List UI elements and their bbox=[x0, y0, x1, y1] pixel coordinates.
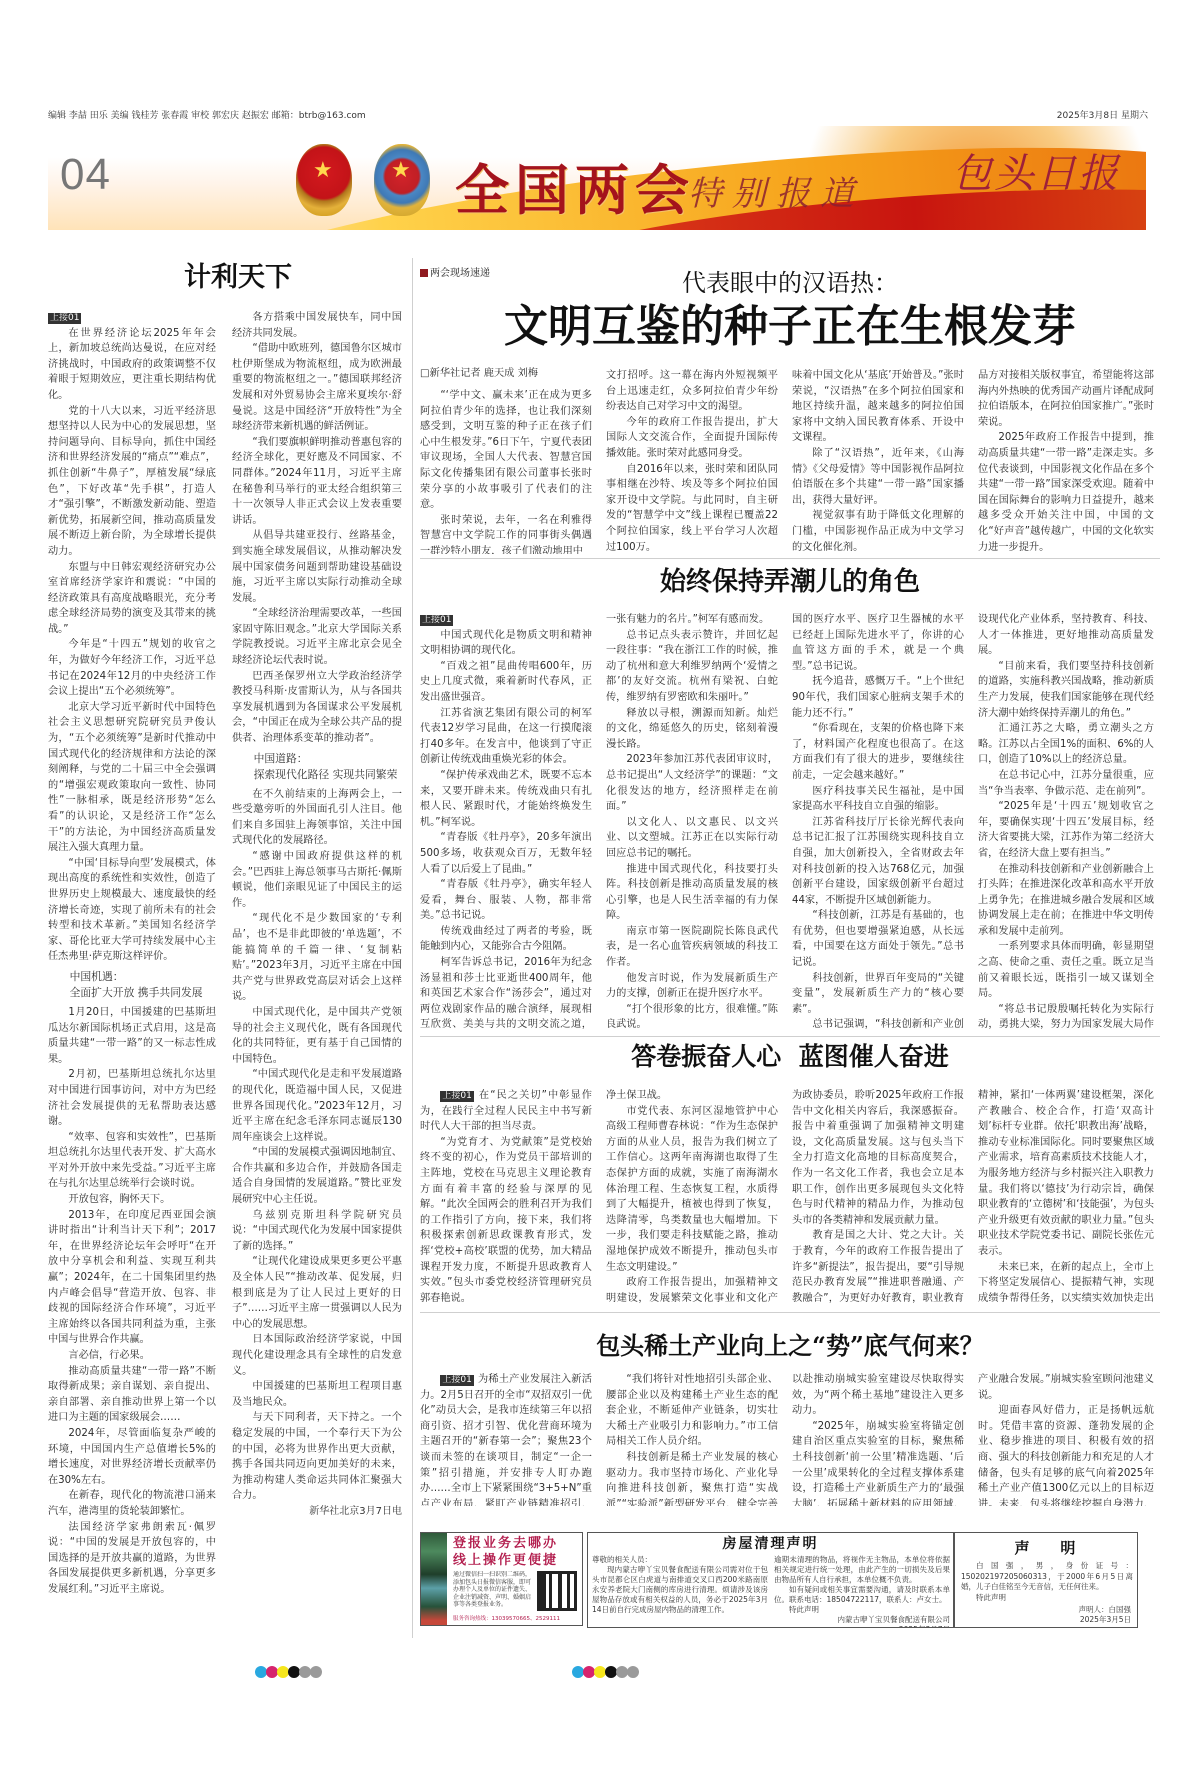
paper-name-logo: 包头日报 bbox=[952, 142, 1120, 199]
paragraph: 国的医疗水平、医疗卫生器械的水平已经赶上国际先进水平了，你讲的心血管这方面的手术… bbox=[792, 612, 964, 674]
paragraph: 与天下同利者，天下持之。一个稳定发展的中国，一个奉行天下为公的中国，必将为世界作… bbox=[232, 1410, 402, 1504]
paragraph: 现内蒙古咿丫宝贝餐食配送有限公司需对位于包头市昆都仑区白虎道与南排道交叉口西20… bbox=[592, 1565, 768, 1615]
paragraph: “你看现在，支架的价格也降下来了，材料国产化程度也很高了。在这方面我们有了很大的… bbox=[792, 721, 964, 783]
paragraph: “借助中欧班列，德国鲁尔区城市杜伊斯堡成为物流枢纽，成为欧洲最重要的物流枢纽之一… bbox=[232, 341, 402, 435]
paragraph: 北京大学习近平新时代中国特色社会主义思想研究院研究员尹俊认为，“五个必须统筹”是… bbox=[48, 700, 216, 856]
article-column: 国的医疗水平、医疗卫生器械的水平已经赶上国际先进水平了，你讲的心血管这方面的手术… bbox=[792, 612, 964, 1030]
article-column: 上接01 在世界经济论坛2025年年会上，新加坡总统尚达曼说，在应对经济挑战时，… bbox=[48, 310, 216, 1640]
paragraph: 逾期未清理的物品，将视作无主物品，本单位将依据相关规定进行统一处理，由此产生的一… bbox=[774, 1555, 950, 1585]
notice-body: 白国强，男，身份证号：150202197205060313，于2000年6月5日… bbox=[961, 1561, 1133, 1603]
paragraph: 总书记强调，“科技创新和产业创新，是发展新质生产力的基本路径。要加大创新投入，高… bbox=[792, 1017, 964, 1030]
paragraph: 精神，紧扣‘一体两翼’建设框架，深化产教融合、校企合作，打造‘双高计划’标杆专业… bbox=[978, 1088, 1154, 1260]
paragraph: “现代化不是少数国家的‘专利品’，也不是非此即彼的‘单选题’，不能搞简单的千篇一… bbox=[232, 911, 402, 1005]
article-column: 一张有魅力的名片。”柯军有感而发。 总书记点头表示赞许，并回忆起一段往事：“我在… bbox=[606, 612, 778, 1030]
notice-salutation: 尊敬的相关人员： bbox=[592, 1555, 768, 1565]
paragraph: 抚今追昔，感慨万千。“上个世纪90年代，我们国家心脏病支架手术的能力还不行。” bbox=[792, 674, 964, 721]
paragraph: 推进中国式现代化，科技要打头阵。科技创新是推动高质量发展的核心引擎，也是人民生活… bbox=[606, 862, 778, 924]
notice-signer: 声明人：白国强 bbox=[1079, 1605, 1132, 1615]
ad-title-line: 线上操作更便捷 bbox=[453, 1552, 558, 1569]
article-column: 味着中国文化从‘基底’开始普及。”张时荣说，“汉语热”在多个阿拉伯国家和地区持续… bbox=[792, 368, 964, 554]
qr-code-icon[interactable] bbox=[537, 1571, 577, 1611]
paragraph: 1月20日，中国援建的巴基斯坦瓜达尔新国际机场正式启用，这是高质量共建“一带一路… bbox=[48, 1005, 216, 1067]
print-color-marks bbox=[255, 1666, 321, 1678]
paragraph: 言必信，行必果。 bbox=[48, 1348, 216, 1364]
paragraph: 南京市第一医院副院长陈良武代表，是一名心血管疾病领域的科技工作者。 bbox=[606, 924, 778, 971]
article-column: 产业融合发展。”崩城实验室顾问池建义说。 迎面春风好借力，正是扬帆远航时。凭借丰… bbox=[978, 1372, 1154, 1506]
paragraph: 从倡导共建亚投行、丝路基金，到实施全球发展倡议，从推动解决发展中国家债务问题到帮… bbox=[232, 528, 402, 606]
paragraph: 迎面春风好借力，正是扬帆远航时。凭借丰富的资源、蓬勃发展的企业、稳步推进的项目、… bbox=[978, 1403, 1154, 1506]
article-nongchaoer: 始终保持弄潮儿的角色 上接01 中国式现代化是物质文明和精神文明相协调的现代化。… bbox=[420, 564, 1160, 1034]
paragraph: “我们将针对性地招引头部企业、腰部企业以及构建稀土产业生态的配套企业，不断延伸产… bbox=[606, 1372, 778, 1450]
notice-body: 尊敬的相关人员： 现内蒙古咿丫宝贝餐食配送有限公司需对位于包头市昆都仑区白虎道与… bbox=[592, 1555, 768, 1627]
article-jilitianxia: 计利天下 上接01 在世界经济论坛2025年年会上，新加坡总统尚达曼说，在应对经… bbox=[48, 258, 403, 1638]
paragraph: “让现代化建设成果更多更公平惠及全体人民”“推动改革、促发展，归根到底是为了让人… bbox=[232, 1254, 402, 1332]
paragraph: “全球经济治理需要改革，一些国家固守陈旧观念。”北京大学国际关系学院教授说。习近… bbox=[232, 606, 402, 668]
paragraph: 中国援建的巴基斯坦工程项目惠及当地民众。 bbox=[232, 1379, 402, 1410]
paragraph: 开放包容，胸怀天下。 bbox=[48, 1192, 216, 1208]
paragraph: 总书记点头表示赞许，并回忆起一段往事：“我在浙江工作的时候，推动了杭州和意大利维… bbox=[606, 628, 778, 706]
notice-date: 2025年3月5日 bbox=[1080, 1615, 1131, 1625]
paragraph: 如有疑问或相关事宜需要沟通，请及时联系本单位。联系电话：18504722117，… bbox=[774, 1585, 950, 1605]
paragraph: 推动高质量共建“一带一路”不断取得新成果；亲自谋划、亲自提出、亲自部署、亲自推动… bbox=[48, 1364, 216, 1426]
paragraph: 各方搭乘中国发展快车，同中国经济共同发展。 bbox=[232, 310, 402, 341]
paragraph: “为党育才、为党献策”是党校始终不变的初心，作为党员干部培训的主阵地，党校在马克… bbox=[420, 1135, 592, 1306]
foliage-decoration bbox=[421, 1533, 447, 1625]
paragraph: 法国经济学家弗朗索瓦·佩罗说：“中国的发展是开放包容的，中国选择的是开放共赢的道… bbox=[48, 1520, 216, 1598]
paragraph: 教育是国之大计、党之大计。关于教育，今年的政府工作报告提出了许多“新提法”，报告… bbox=[792, 1228, 964, 1306]
paragraph: 视觉叙事有助于降低文化理解的门槛，中国影视作品正成为中文学习的文化催化剂。 bbox=[792, 508, 964, 554]
paragraph: 为政协委员，聆听2025年政府工作报告中文化相关内容后，我深感振奋。报告中着重强… bbox=[792, 1088, 964, 1228]
paragraph: 今年的政府工作报告提出，扩大国际人文交流合作，全面提升国际传播效能。张时荣对此感… bbox=[606, 415, 778, 462]
paragraph: 特此声明 bbox=[774, 1605, 950, 1615]
banner-title: 全国两会 bbox=[455, 148, 695, 225]
paragraph: 中国式现代化是物质文明和精神文明相协调的现代化。 bbox=[420, 628, 592, 659]
paragraph: 2013年，在印度尼西亚国会演讲时指出“计利当计天下利”；2017年，在世界经济… bbox=[48, 1208, 216, 1348]
article-column: 文打招呼。这一幕在海内外短视频平台上迅速走红，众多阿拉伯青少年纷纷表达自己对学习… bbox=[606, 368, 778, 554]
article-title: 答卷振奋人心 蓝图催人奋进 bbox=[420, 1040, 1160, 1074]
paragraph: “2025年，崩城实验室将锚定创建自治区重点实验室的目标，聚焦稀土科技创新‘前一… bbox=[792, 1419, 964, 1506]
masthead-meta: 编辑 李喆 田乐 美编 钱桂芳 张春霞 审校 郭宏庆 赵振宏 邮箱：btrb@1… bbox=[48, 108, 1148, 122]
paragraph: “青春版《牡丹亭》，20多年演出500多场，收获观众百万，无数年轻人看了以后爱上… bbox=[420, 830, 592, 877]
paragraph: 在不久前结束的上海两会上，一些受邀旁听的外国面孔引人注目。他们来自多国驻上海领事… bbox=[232, 787, 402, 849]
paragraph: 自2016年以来，张时荣和团队同事相继在沙特、埃及等多个阿拉伯国家开设中文学院。… bbox=[606, 462, 778, 554]
article-xitu: 包头稀土产业向上之“势”底气何来？ 上接01为稀土产业发展注入新活力。2月5日召… bbox=[420, 1316, 1160, 1506]
paragraph: 东盟与中日韩宏观经济研究办公室首席经济学家许和震说：“中国的经济政策具有高度战略… bbox=[48, 560, 216, 638]
paragraph: 今年是“十四五”规划的收官之年，为做好今年经济工作，习近平总书记在2024年12… bbox=[48, 637, 216, 699]
paragraph: 政府工作报告提出，加强精神文明建设，发展繁荣文化事业和文化产业。民族文化团体、广… bbox=[606, 1275, 778, 1306]
national-emblem-icon: ★ bbox=[296, 144, 352, 216]
article-column: 上接01 中国式现代化是物质文明和精神文明相协调的现代化。 “百戏之祖”昆曲传唱… bbox=[420, 612, 592, 1030]
paragraph: “科技创新，江苏是有基础的，也有优势，但也要增强紧迫感，从长远看，中国要在这方面… bbox=[792, 908, 964, 970]
issue-date: 2025年3月8日 星期六 bbox=[1057, 108, 1148, 121]
ad-title-line: 登报业务去哪办 bbox=[453, 1535, 558, 1552]
paragraph: 2025年政府工作报告中提到，推动高质量共建“一带一路”走深走实。多位代表谈到，… bbox=[978, 430, 1154, 554]
continued-from-tag: 上接01 bbox=[440, 1375, 473, 1386]
article-column: 品方对接相关版权事宜，希望能将这部海内外热映的优秀国产动画片译配成阿拉伯语版本，… bbox=[978, 368, 1154, 554]
section-divider bbox=[420, 1312, 1160, 1313]
article-column: 以赴推动崩城实验室建设尽快取得实效，为“两个稀土基地”建设注入更多动力。 “20… bbox=[792, 1372, 964, 1506]
article-column: “我们将针对性地招引头部企业、腰部企业以及构建稀土产业生态的配套企业，不断延伸产… bbox=[606, 1372, 778, 1506]
paragraph: 医疗科技事关民生福祉，是中国家提高水平科技自立自强的缩影。 bbox=[792, 784, 964, 815]
print-color-marks bbox=[572, 1666, 638, 1678]
paragraph: 产业融合发展。”崩城实验室顾问池建义说。 bbox=[978, 1372, 1154, 1403]
continued-from-tag: 上接01 bbox=[48, 313, 81, 324]
notice-title: 声 明 bbox=[955, 1537, 1137, 1559]
paragraph: 特此声明 bbox=[961, 1593, 1133, 1604]
article-column: 净土保卫战。 市党代表、东河区湿地管护中心高级工程师曹春林说：“作为生态保护方面… bbox=[606, 1088, 778, 1306]
gray-mark bbox=[310, 1666, 322, 1678]
paragraph: 2023年参加江苏代表团审议时，总书记提出“人文经济学”的课题：“文化很发达的地… bbox=[606, 752, 778, 814]
paragraph: 味着中国文化从‘基底’开始普及。”张时荣说，“汉语热”在多个阿拉伯国家和地区持续… bbox=[792, 368, 964, 446]
paragraph: “‘学中文、赢未来’正在成为更多阿拉伯青少年的选择，也让我们深刻感受到，文明互鉴… bbox=[420, 388, 592, 513]
paragraph: 未来已来，在新的起点上，全市上下将坚定发展信心、提振精气神，实现成绩争帮得任务，… bbox=[978, 1260, 1154, 1306]
article-dajuan: 答卷振奋人心 蓝图催人奋进 上接01在“民之关切”中彰显作为，在践行全过程人民民… bbox=[420, 1040, 1160, 1308]
article-title: 始终保持弄潮儿的角色 bbox=[420, 564, 1160, 600]
paragraph: 在总书记心中，江苏分量很重，应当“争当表率、争做示范、走在前列”。 bbox=[978, 768, 1154, 799]
notice-house-clearing: 房屋清理声明 尊敬的相关人员： 现内蒙古咿丫宝贝餐食配送有限公司需对位于包头市昆… bbox=[587, 1532, 954, 1628]
paragraph: 科技创新是稀土产业发展的核心驱动力。我市坚持市场化、产业化导向推进科技创新，聚焦… bbox=[606, 1450, 778, 1506]
paragraph: 乌兹别克斯坦科学院研究员说：“中国式现代化为发展中国家提供了新的选择。” bbox=[232, 1208, 402, 1255]
paragraph: 科技创新，世界百年变局的“关键变量”，发展新质生产力的“核心要素”。 bbox=[792, 971, 964, 1018]
ad-online-service: 登报业务去哪办 线上操作更便捷 通过微信扫一扫识别二维码，添加包头日报微信客服，… bbox=[420, 1532, 583, 1626]
ad-hotline: 服务咨询热线：13039570665、2529111 bbox=[453, 1615, 560, 1623]
paragraph: 中国式现代化，是中国共产党领导的社会主义现代化，既有各国现代化的共同特征，更有基… bbox=[232, 1005, 402, 1067]
ad-body: 通过微信扫一扫识别二维码，添加包头日报微信客服，即可办理个人及单位的证件遗失、企… bbox=[453, 1571, 535, 1615]
section-divider bbox=[420, 1036, 1160, 1037]
article-column: 为政协委员，聆听2025年政府工作报告中文化相关内容后，我深感振奋。报告中着重强… bbox=[792, 1088, 964, 1306]
byline: □新华社记者 鹿天成 刘梅 bbox=[420, 366, 538, 382]
continued-from-tag: 上接01 bbox=[420, 615, 453, 626]
article-column: “‘学中文、赢未来’正在成为更多阿拉伯青少年的选择，也让我们深刻感受到，文明互鉴… bbox=[420, 388, 592, 554]
paragraph: 2月初，巴基斯坦总统扎尔达里对中国进行国事访问，对中方为巴经济社会发展提供的无私… bbox=[48, 1067, 216, 1129]
paragraph: 除了“汉语热”，近年来，《山海情》《父母爱情》等中国影视作品阿拉伯语版在多个共建… bbox=[792, 446, 964, 508]
paragraph: 巴西圣保罗州立大学政治经济学教授马科斯·皮雷斯认为，从与各国共享发展机遇到为各国… bbox=[232, 669, 402, 747]
paragraph: 以赴推动崩城实验室建设尽快取得实效，为“两个稀土基地”建设注入更多动力。 bbox=[792, 1372, 964, 1419]
article-column: 精神，紧扣‘一体两翼’建设框架，深化产教融合、校企合作，打造‘双高计划’标杆专业… bbox=[978, 1088, 1154, 1306]
banner-subtitle: 特别报道 bbox=[688, 166, 864, 215]
dateline: 新华社北京3月7日电 bbox=[232, 1504, 402, 1520]
paragraph: 文打招呼。这一幕在海内外短视频平台上迅速走红，众多阿拉伯青少年纷纷表达自己对学习… bbox=[606, 368, 778, 415]
cppcc-emblem-icon: ★ bbox=[374, 144, 430, 216]
section-banner: 04 ★ ★ 全国两会 特别报道 包头日报 bbox=[48, 126, 1146, 230]
article-title: 包头稀土产业向上之“势”底气何来？ bbox=[420, 1330, 1160, 1362]
paragraph: 汇通江苏之大略，勇立潮头之方略。江苏以占全国1%的面积、6%的人口，创造了10%… bbox=[978, 721, 1154, 768]
paragraph: 党的十八大以来，习近平经济思想坚持以人民为中心的发展思想，坚持问题导向、目标导向… bbox=[48, 404, 216, 560]
paragraph: 品方对接相关版权事宜，希望能将这部海内外热映的优秀国产动画片译配成阿拉伯语版本，… bbox=[978, 368, 1154, 430]
article-column: 设现代化产业体系，坚持教育、科技、人才一体推进，更好地推动高质量发展。 “目前来… bbox=[978, 612, 1154, 1030]
continued-from-tag: 上接01 bbox=[440, 1091, 473, 1102]
paragraph: “感谢中国政府提供这样的机会。”巴西驻上海总领事马古斯托·佩斯顿说，他们亲眼见证… bbox=[232, 849, 402, 911]
paragraph: “中国的发展模式强调因地制宜、合作共赢和多边合作，并鼓励各国走适合自身国情的发展… bbox=[232, 1145, 402, 1207]
paragraph: 一系列要求具体而明确，彰显期望之高、使命之重、责任之重。既立足当前又着眼长远，既… bbox=[978, 939, 1154, 1001]
article-column: 上接01为稀土产业发展注入新活力。2月5日召开的全市“双招双引一优化”动员大会，… bbox=[420, 1372, 592, 1506]
editor-credits: 编辑 李喆 田乐 美编 钱桂芳 张春霞 审校 郭宏庆 赵振宏 邮箱：btrb@1… bbox=[48, 108, 366, 121]
paragraph: “中国‘目标导向型’发展模式，体现出高度的系统性和实效性，创造了世界历史上规模最… bbox=[48, 856, 216, 965]
notice-title: 房屋清理声明 bbox=[588, 1535, 953, 1553]
paragraph: 一张有魅力的名片。”柯军有感而发。 bbox=[606, 612, 778, 628]
paragraph: 2024年，尽管面临复杂严峻的环境，中国国内生产总值增长5%的增长速度，对世界经… bbox=[48, 1426, 216, 1488]
article-column: 上接01在“民之关切”中彰显作为，在践行全过程人民民主中书写新时代人大干部的担当… bbox=[420, 1088, 592, 1306]
paragraph: “青春版《牡丹亭》，确实年轻人爱看，舞台、服装、人物，都非常美。”总书记说。 bbox=[420, 877, 592, 924]
notice-date: 2025年3月7日 bbox=[774, 1625, 950, 1627]
paragraph: 日本国际政治经济学家说，中国现代化建设理念具有全球性的启发意义。 bbox=[232, 1332, 402, 1379]
paragraph: 江苏省演艺集团有限公司的柯军代表12岁学习昆曲，在这一行摸爬滚打40多年。在发言… bbox=[420, 706, 592, 768]
paragraph: “效率、包容和实效性”，巴基斯坦总统扎尔达里代表开发、扩大高水平对外开放中来先受… bbox=[48, 1130, 216, 1192]
notice-statement: 声 明 白国强，男，身份证号：150202197205060313，于2000年… bbox=[954, 1532, 1138, 1628]
subheading: 中国机遇： 全面扩大开放 携手共同发展 bbox=[48, 969, 216, 1001]
paragraph: 释放以寻根，溯源而知新。灿烂的文化，绵延悠久的历史，铭刻着漫漫长路。 bbox=[606, 706, 778, 753]
section-divider bbox=[420, 558, 1160, 559]
paragraph: 张时荣说，去年，一名在利雅得智慧宫中文学院工作的同事街头偶遇一群沙特小朋友，孩子… bbox=[420, 513, 592, 554]
paragraph: 上接01在“民之关切”中彰显作为，在践行全过程人民民主中书写新时代人大干部的担当… bbox=[420, 1088, 592, 1135]
paragraph: “保护传承戏曲艺术，既要不忘本来，又要开辟未来。传统戏曲只有扎根人民、紧跟时代，… bbox=[420, 768, 592, 830]
paragraph: 上接01为稀土产业发展注入新活力。2月5日召开的全市“双招双引一优化”动员大会，… bbox=[420, 1372, 592, 1506]
column-divider bbox=[412, 258, 413, 1638]
paragraph: 柯军告诉总书记，2016年为纪念汤显祖和莎士比亚逝世400周年，他和英国艺术家合… bbox=[420, 955, 592, 1030]
paragraph: 市党代表、东河区湿地管护中心高级工程师曹春林说：“作为生态保护方面的从业人员，报… bbox=[606, 1104, 778, 1276]
paragraph: 在推动科技创新和产业创新融合上打头阵；在推进深化改革和高水平开放上勇争先；在推进… bbox=[978, 862, 1154, 940]
paragraph: 白国强，男，身份证号：150202197205060313，于2000年6月5日… bbox=[961, 1561, 1133, 1593]
paragraph: “打个很形象的比方，很难懂。”陈良武说。 bbox=[606, 1002, 778, 1030]
paragraph: “将总书记殷殷嘱托转化为实际行动，勇挑大梁，努力为国家发展大局作出更大的贡献。”… bbox=[978, 1002, 1154, 1030]
notice-body: 逾期未清理的物品，将视作无主物品，本单位将依据相关规定进行统一处理，由此产生的一… bbox=[774, 1555, 950, 1627]
paragraph: 传统戏曲经过了两者的考验，既能触到内心，又能弥合古今阻隔。 bbox=[420, 924, 592, 955]
page-number: 04 bbox=[60, 150, 111, 200]
notice-signature: 内蒙古咿丫宝贝餐食配送有限公司 bbox=[774, 1615, 950, 1625]
paragraph: “百戏之祖”昆曲传唱600年，历史上几度式微，乘着新时代春风，正发出盛世强音。 bbox=[420, 659, 592, 706]
article-title: 文明互鉴的种子正在生根发芽 bbox=[420, 300, 1160, 354]
paragraph: “目前来看，我们要坚持科技创新的道路，实施科教兴国战略，推动新质生产力发展，使我… bbox=[978, 659, 1154, 721]
paragraph: “我们要旗帜鲜明推动普惠包容的经济全球化，更好應及不同国家、不同群体。”2024… bbox=[232, 435, 402, 529]
gray-mark bbox=[627, 1666, 639, 1678]
paragraph: 设现代化产业体系，坚持教育、科技、人才一体推进，更好地推动高质量发展。 bbox=[978, 612, 1154, 659]
paragraph: 他发言时说，作为发展新质生产力的支撑，创新正在提升医疗水平。 bbox=[606, 971, 778, 1002]
paragraph: “2025年是‘十四五’规划收官之年，要确保实现‘十四五’发展目标，经济大省要挑… bbox=[978, 799, 1154, 861]
article-column: 各方搭乘中国发展快车，同中国经济共同发展。 “借助中欧班列，德国鲁尔区城市杜伊斯… bbox=[232, 310, 402, 1640]
paragraph: 在世界经济论坛2025年年会上，新加坡总统尚达曼说，在应对经济挑战时，中国政府的… bbox=[48, 326, 216, 404]
section-tag: 两会现场速递 bbox=[420, 264, 490, 279]
paragraph: 以文化人、以文惠民、以文兴业、以文塑城。江苏正在以实际行动回应总书记的嘱托。 bbox=[606, 815, 778, 862]
article-kicker: 代表眼中的汉语热： bbox=[580, 268, 1000, 298]
newspaper-page: 编辑 李喆 田乐 美编 钱桂芳 张春霞 审校 郭宏庆 赵振宏 邮箱：btrb@1… bbox=[0, 0, 1200, 1769]
article-hanyure: 两会现场速递 代表眼中的汉语热： 文明互鉴的种子正在生根发芽 □新华社记者 鹿天… bbox=[420, 262, 1160, 554]
paragraph: 在新春，现代化的物流港口涌来汽车，港湾里的货轮装卸繁忙。 bbox=[48, 1488, 216, 1519]
paragraph: 净土保卫战。 bbox=[606, 1088, 778, 1104]
paragraph: “中国式现代化是走和平发展道路的现代化，既造福中国人民，又促进世界各国现代化。”… bbox=[232, 1067, 402, 1145]
subheading: 中国道路： 探索现代化路径 实现共同繁荣 bbox=[232, 751, 402, 783]
paragraph: 江苏省科技厅厅长徐光辉代表向总书记汇报了江苏围绕实现科技自立自强，加大创新投入，… bbox=[792, 815, 964, 909]
article-title: 计利天下 bbox=[148, 258, 328, 298]
